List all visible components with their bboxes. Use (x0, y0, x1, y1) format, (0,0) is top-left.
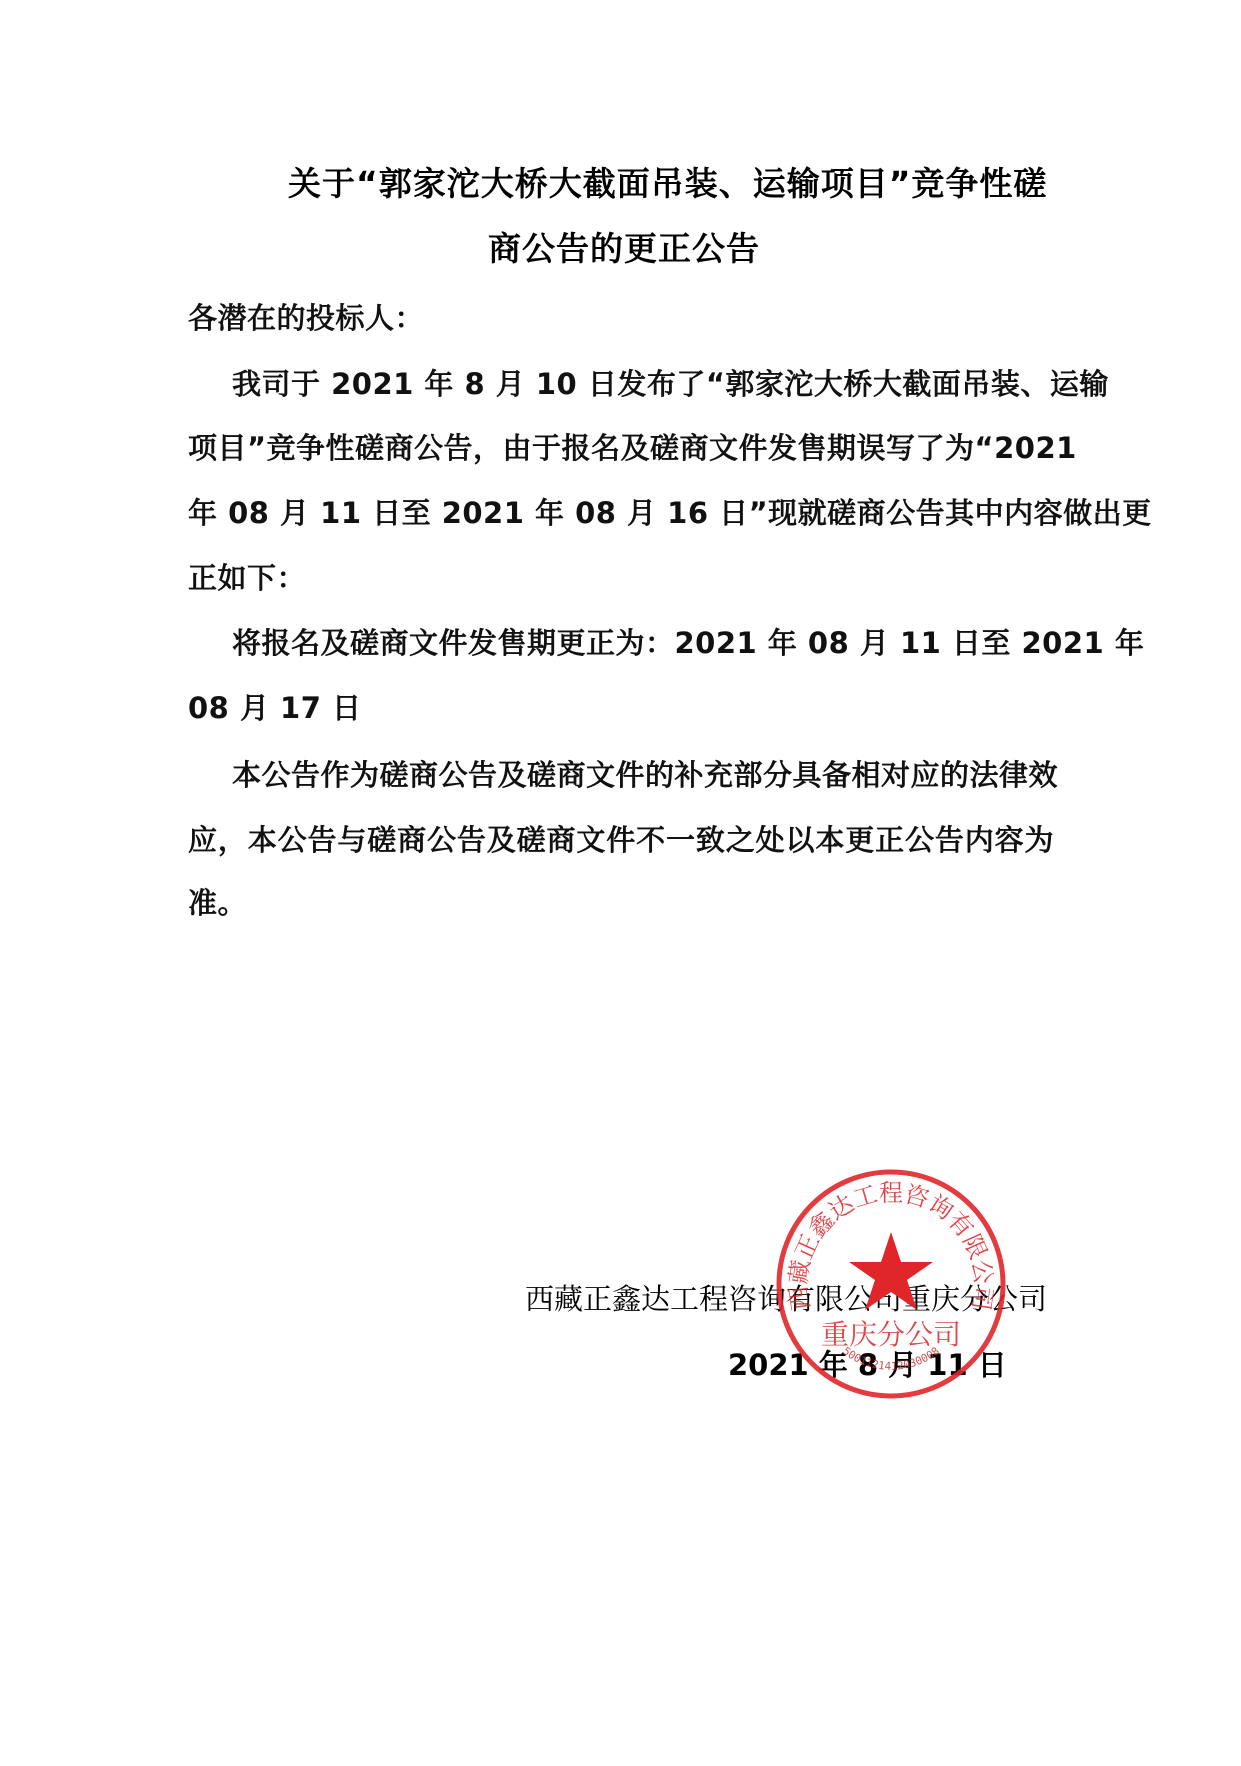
paragraph-3-line-3: 准。 (188, 885, 247, 921)
paragraph-2-line-1: 将报名及磋商文件发售期更正为：2021 年 08 月 11 日至 2021 年 (232, 625, 1054, 661)
salutation: 各潜在的投标人： (188, 300, 424, 336)
paragraph-1-line-1: 我司于 2021 年 8 月 10 日发布了“郭家沱大桥大截面吊装、运输 (232, 366, 1054, 402)
paragraph-1-line-3: 年 08 月 11 日至 2021 年 08 月 16 日”现就磋商公告其中内容… (188, 495, 1054, 531)
title-line-2: 商公告的更正公告 (488, 229, 760, 269)
company-seal-stamp: 西藏正鑫达工程咨询有限公司 重庆分公司 5001121412030008 (773, 1166, 1009, 1402)
seal-inner-text: 重庆分公司 (821, 1318, 961, 1351)
paragraph-1-line-2: 项目”竞争性磋商公告，由于报名及磋商文件发售期误写了为“2021 (188, 430, 1054, 466)
document-page: 关于“郭家沱大桥大截面吊装、运输项目”竞争性磋 商公告的更正公告 各潜在的投标人… (0, 0, 1241, 1766)
title-line-1: 关于“郭家沱大桥大截面吊装、运输项目”竞争性磋 (288, 164, 1056, 204)
paragraph-1-line-4: 正如下： (188, 560, 306, 596)
paragraph-3-line-2: 应，本公告与磋商公告及磋商文件不一致之处以本更正公告内容为 (188, 822, 1054, 858)
paragraph-2-line-2: 08 月 17 日 (188, 690, 362, 726)
star-icon (849, 1232, 933, 1310)
paragraph-3-line-1: 本公告作为磋商公告及磋商文件的补充部分具备相对应的法律效 (232, 757, 1054, 793)
